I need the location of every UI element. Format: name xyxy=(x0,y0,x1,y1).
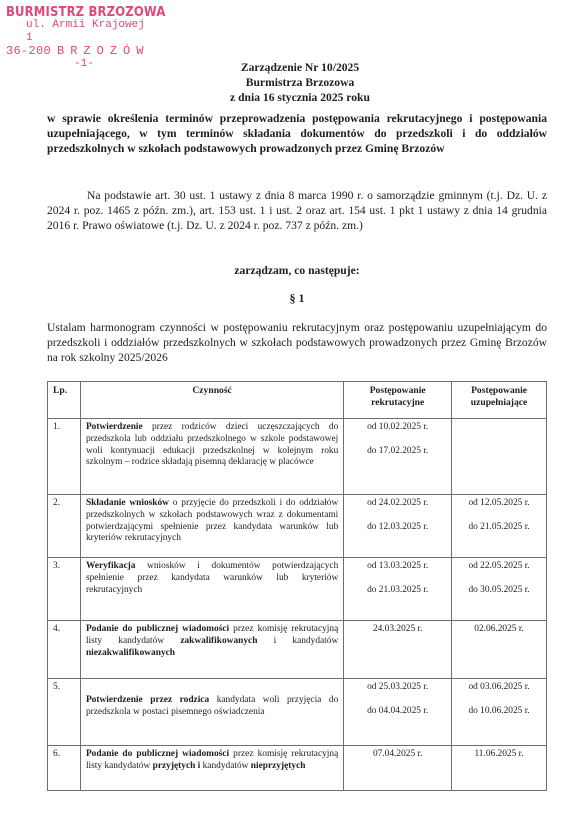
recruitment-dates-cell: od 10.02.2025 r.do 17.02.2025 r. xyxy=(344,419,452,495)
legal-basis: Na podstawie art. 30 ust. 1 ustawy z dni… xyxy=(47,188,547,233)
document-title: Zarządzenie Nr 10/2025 xyxy=(150,60,450,75)
row-number: 2. xyxy=(48,495,81,558)
stamp-address: 36-200BRZOZÓW xyxy=(6,45,156,58)
table-row: 6.Podanie do publicznej wiadomości przez… xyxy=(48,746,547,791)
activity-cell: Potwierdzenie przez rodziców dzieci uczę… xyxy=(80,419,343,495)
activity-cell: Potwierdzenie przez rodzica kandydata wo… xyxy=(80,679,343,746)
activity-cell: Składanie wniosków o przyjęcie do przeds… xyxy=(80,495,343,558)
table-row: 2.Składanie wniosków o przyjęcie do prze… xyxy=(48,495,547,558)
table-row: 3.Weryfikacja wniosków i dokumentów potw… xyxy=(48,558,547,621)
header-recruitment: Postępowanie rekrutacyjne xyxy=(344,382,452,419)
activity-cell: Weryfikacja wniosków i dokumentów potwie… xyxy=(80,558,343,621)
official-stamp: BURMISTRZ BRZOZOWA ul. Armii Krajowej 1 … xyxy=(6,6,156,71)
table-row: 1.Potwierdzenie przez rodziców dzieci uc… xyxy=(48,419,547,495)
date-value: 02.06.2025 r. xyxy=(457,624,541,636)
activity-cell: Podanie do publicznej wiadomości przez k… xyxy=(80,621,343,679)
date-value: od 24.02.2025 r. xyxy=(349,498,446,510)
date-value: do 12.03.2025 r. xyxy=(349,522,446,534)
recruitment-dates-cell: 24.03.2025 r. xyxy=(344,621,452,679)
recruitment-dates-cell: od 13.03.2025 r.do 21.03.2025 r. xyxy=(344,558,452,621)
stamp-office: BURMISTRZ BRZOZOWA xyxy=(6,6,135,19)
date-value: do 30.05.2025 r. xyxy=(457,585,541,597)
supplementary-dates-cell: od 03.06.2025 r.do 10.06.2025 r. xyxy=(452,679,547,746)
header-supplementary: Postępowanie uzupełniające xyxy=(452,382,547,419)
recruitment-dates-cell: 07.04.2025 r. xyxy=(344,746,452,791)
paragraph-number: § 1 xyxy=(47,291,547,306)
date-value: do 17.02.2025 r. xyxy=(349,446,446,458)
date-value: od 10.02.2025 r. xyxy=(349,422,446,434)
schedule-intro: Ustalam harmonogram czynności w postępow… xyxy=(47,320,547,365)
date-value: od 22.05.2025 r. xyxy=(457,561,541,573)
stamp-city: BRZOZÓW xyxy=(57,44,149,58)
table-row: 4.Podanie do publicznej wiadomości przez… xyxy=(48,621,547,679)
row-number: 1. xyxy=(48,419,81,495)
header-lp: Lp. xyxy=(48,382,81,419)
date-value: do 21.05.2025 r. xyxy=(457,522,541,534)
document-header: Zarządzenie Nr 10/2025 Burmistrza Brzozo… xyxy=(150,60,450,105)
table-header-row: Lp. Czynność Postępowanie rekrutacyjne P… xyxy=(48,382,547,419)
table-row: 5.Potwierdzenie przez rodzica kandydata … xyxy=(48,679,547,746)
row-number: 5. xyxy=(48,679,81,746)
supplementary-dates-cell xyxy=(452,419,547,495)
schedule-table: Lp. Czynność Postępowanie rekrutacyjne P… xyxy=(47,381,547,791)
row-number: 6. xyxy=(48,746,81,791)
date-value: do 10.06.2025 r. xyxy=(457,706,541,718)
supplementary-dates-cell: 11.06.2025 r. xyxy=(452,746,547,791)
date-value: od 03.06.2025 r. xyxy=(457,682,541,694)
supplementary-dates-cell: od 12.05.2025 r.do 21.05.2025 r. xyxy=(452,495,547,558)
recruitment-dates-cell: od 25.03.2025 r.do 04.04.2025 r. xyxy=(344,679,452,746)
date-value: do 04.04.2025 r. xyxy=(349,706,446,718)
stamp-street: ul. Armii Krajowej 1 xyxy=(26,19,156,45)
date-value: od 25.03.2025 r. xyxy=(349,682,446,694)
document-date: z dnia 16 stycznia 2025 roku xyxy=(150,90,450,105)
recruitment-dates-cell: od 24.02.2025 r.do 12.03.2025 r. xyxy=(344,495,452,558)
supplementary-dates-cell: od 22.05.2025 r.do 30.05.2025 r. xyxy=(452,558,547,621)
row-number: 4. xyxy=(48,621,81,679)
row-number: 3. xyxy=(48,558,81,621)
header-activity: Czynność xyxy=(80,382,343,419)
decree-phrase: zarządzam, co następuje: xyxy=(47,264,547,277)
supplementary-dates-cell: 02.06.2025 r. xyxy=(452,621,547,679)
document-issuer: Burmistrza Brzozowa xyxy=(150,75,450,90)
date-value: 24.03.2025 r. xyxy=(349,624,446,636)
document-subject: w sprawie określenia terminów przeprowad… xyxy=(47,111,547,156)
date-value: od 13.03.2025 r. xyxy=(349,561,446,573)
date-value: od 12.05.2025 r. xyxy=(457,498,541,510)
date-value: 07.04.2025 r. xyxy=(349,749,446,761)
stamp-postcode: 36-200 xyxy=(6,44,51,58)
date-value: 11.06.2025 r. xyxy=(457,749,541,761)
stamp-number: -1- xyxy=(74,58,156,71)
activity-cell: Podanie do publicznej wiadomości przez k… xyxy=(80,746,343,791)
date-value: do 21.03.2025 r. xyxy=(349,585,446,597)
